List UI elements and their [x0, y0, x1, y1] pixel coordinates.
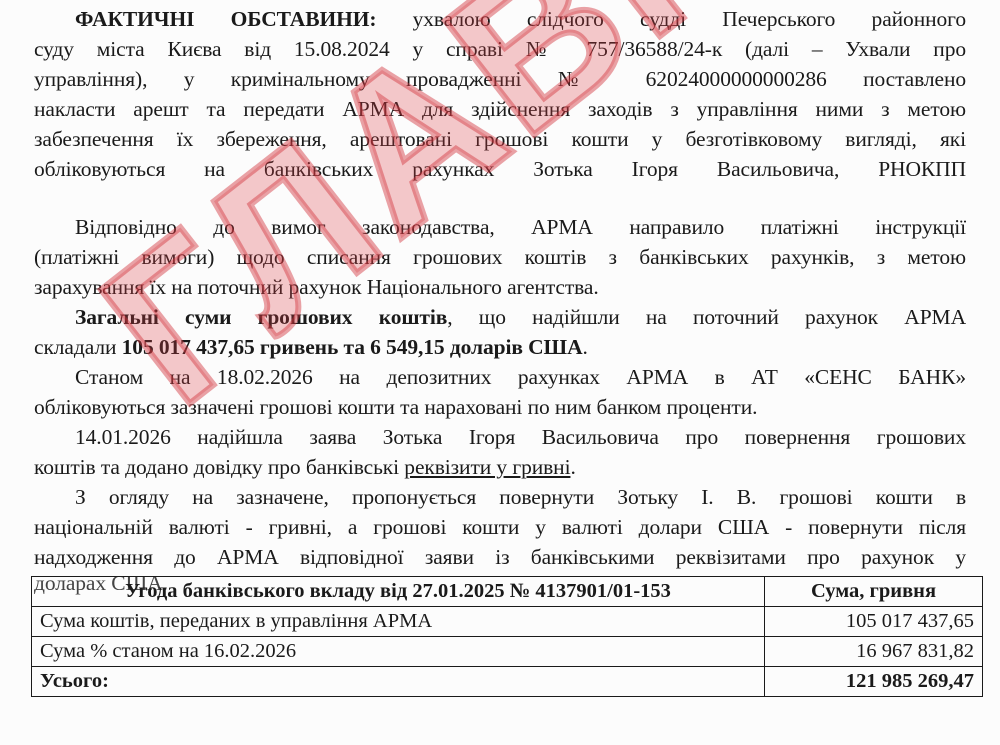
total-value: 121 985 269,47 — [765, 667, 983, 697]
facts-heading: ФАКТИЧНІ ОБСТАВИНИ: — [75, 7, 376, 31]
paragraph-facts-line-2: суду міста Києва від 15.08.2024 у справі… — [34, 34, 966, 64]
paragraph-proposal-line-1: З огляду на зазначене, пропонується пове… — [75, 482, 966, 512]
paragraph-facts-line-4: накласти арешт та передати АРМА для здій… — [34, 94, 966, 124]
table-row: Сума коштів, переданих в управління АРМА… — [32, 607, 983, 637]
paragraph-legal-line-2: (платіжні вимоги) щодо списання грошових… — [34, 242, 966, 272]
total-label: Усього: — [32, 667, 765, 697]
header-amount: Сума, гривня — [765, 577, 983, 607]
paragraph-facts-line-3: управління), у кримінальному провадженні… — [34, 64, 966, 94]
total-amount-text: 105 017 437,65 гривень та 6 549,15 долар… — [122, 335, 583, 359]
deposit-sums-table: Угода банківського вкладу від 27.01.2025… — [31, 576, 983, 697]
header-agreement: Угода банківського вкладу від 27.01.2025… — [32, 577, 765, 607]
table-header-row: Угода банківського вкладу від 27.01.2025… — [32, 577, 983, 607]
table-total-row: Усього: 121 985 269,47 — [32, 667, 983, 697]
paragraph-facts-line-5: забезпечення їх збереження, арештовані г… — [34, 124, 966, 154]
underlined-requisites: реквізити у гривні — [404, 455, 570, 479]
document-page: ФАКТИЧНІ ОБСТАВИНИ: ухвалою слідчого суд… — [0, 0, 1000, 745]
paragraph-totals-line-1: Загальні суми грошових коштів, що надійш… — [75, 302, 966, 332]
row-value: 16 967 831,82 — [765, 637, 983, 667]
paragraph-facts-line-1: ФАКТИЧНІ ОБСТАВИНИ: ухвалою слідчого суд… — [75, 4, 966, 34]
paragraph-deposit-line-1: Станом на 18.02.2026 на депозитних рахун… — [75, 362, 966, 392]
table-row: Сума % станом на 16.02.2026 16 967 831,8… — [32, 637, 983, 667]
paragraph-legal-line-3: зарахування їх на поточний рахунок Націо… — [34, 272, 966, 302]
paragraph-totals-line-2: складали 105 017 437,65 гривень та 6 549… — [34, 332, 966, 362]
row-label: Сума % станом на 16.02.2026 — [32, 637, 765, 667]
paragraph-request-line-2: коштів та додано довідку про банківські … — [34, 452, 966, 482]
paragraph-proposal-line-2: національній валюті - гривні, а грошові … — [34, 512, 966, 542]
paragraph-facts-line-6: обліковуються на банківських рахунках Зо… — [34, 154, 966, 184]
row-value: 105 017 437,65 — [765, 607, 983, 637]
paragraph-deposit-line-2: обліковуються зазначені грошові кошти та… — [34, 392, 966, 422]
paragraph-request-line-1: 14.01.2026 надійшла заява Зотька Ігоря В… — [75, 422, 966, 452]
row-label: Сума коштів, переданих в управління АРМА — [32, 607, 765, 637]
paragraph-legal-line-1: Відповідно до вимог законодавства, АРМА … — [75, 212, 966, 242]
